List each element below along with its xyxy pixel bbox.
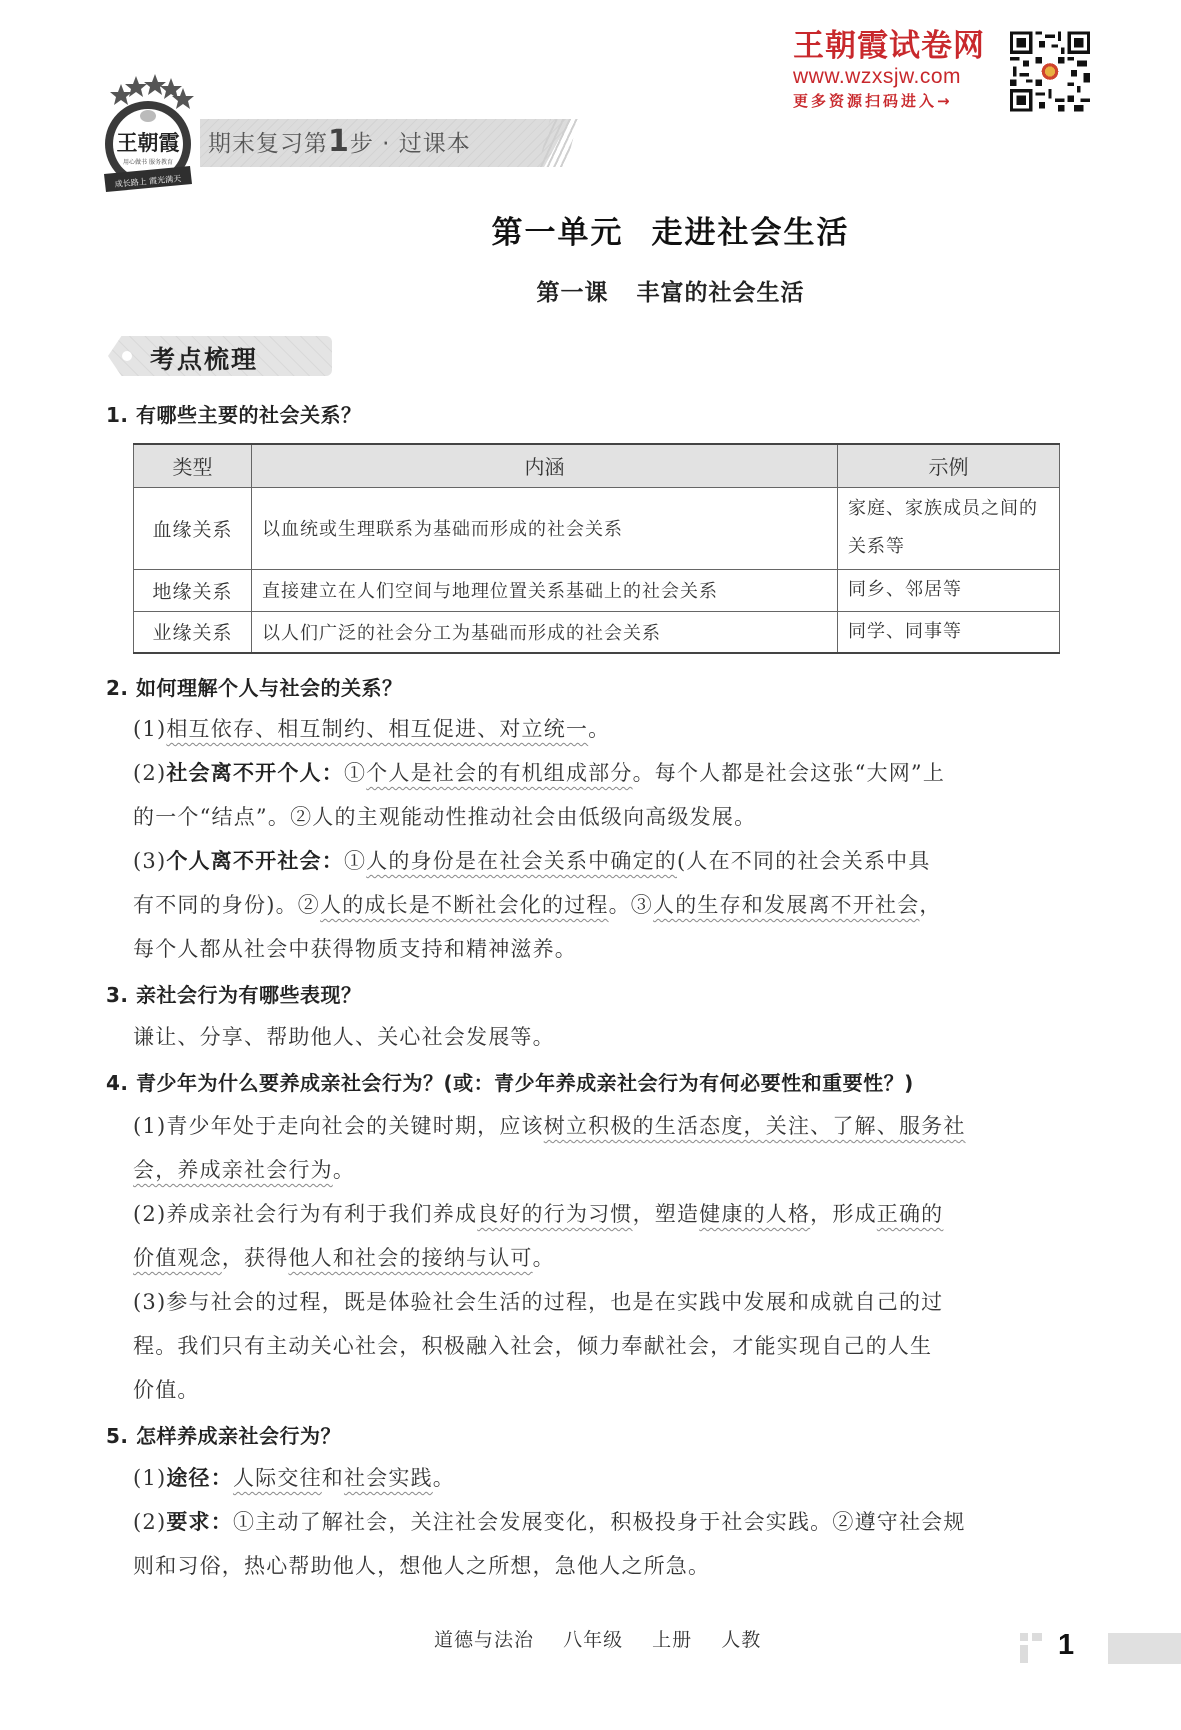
page-deco: [1020, 1633, 1028, 1641]
table-row: 地缘关系 直接建立在人们空间与地理位置关系基础上的社会关系 同乡、邻居等: [134, 569, 1060, 611]
answer-line: (1)相互依存、相互制约、相互促进、对立统一。: [133, 713, 610, 743]
answer-line: 程。我们只有主动关心社会，积极融入社会，倾力奉献社会，才能实现自己的人生: [133, 1330, 932, 1360]
table-header: 示例: [838, 444, 1060, 487]
tag-hole-icon: [122, 351, 132, 361]
page-number: 1: [1058, 1629, 1074, 1662]
table-row: 血缘关系 以血统或生理联系为基础而形成的社会关系 家庭、家族成员之间的关系等: [134, 487, 1060, 569]
svg-text:用心做书 服务教育: 用心做书 服务教育: [123, 158, 173, 166]
footer-edition: 人教: [721, 1629, 761, 1651]
table-cell: 以人们广泛的社会分工为基础而形成的社会关系: [252, 611, 838, 653]
page-bar: [1108, 1633, 1181, 1664]
table-header-row: 类型 内涵 示例: [134, 444, 1060, 487]
table-cell: 同学、同事等: [838, 611, 1060, 653]
question-4: 4. 青少年为什么要养成亲社会行为？(或：青少年养成亲社会行为有何必要性和重要性…: [106, 1067, 914, 1096]
page-deco: [1020, 1645, 1028, 1663]
answer-line: 谦让、分享、帮助他人、关心社会发展等。: [133, 1021, 555, 1051]
answer-line: (2)社会离不开个人：①个人是社会的有机组成部分。每个人都是社会这张“大网”上: [133, 757, 945, 787]
answer-line: (3)参与社会的过程，既是体验社会生活的过程，也是在实践中发展和成就自己的过: [133, 1286, 943, 1316]
brand-scan-text: 更多资源扫码进入→: [793, 90, 1003, 112]
answer-line: 价值观念，获得他人和社会的接纳与认可。: [133, 1242, 555, 1272]
question-2: 2. 如何理解个人与社会的关系？: [106, 672, 402, 701]
footer-book-info: 道德与法治 八年级 上册 人教: [434, 1625, 783, 1652]
answer-line: 会，养成亲社会行为。: [133, 1154, 355, 1184]
publisher-logo: 王朝霞 用心做书 服务教育 成长路上 霞光满天: [100, 74, 194, 204]
footer-subject: 道德与法治: [434, 1629, 534, 1651]
question-1: 1. 有哪些主要的社会关系？: [106, 399, 361, 428]
answer-line: (2)养成亲社会行为有利于我们养成良好的行为习惯，塑造健康的人格，形成正确的: [133, 1198, 943, 1228]
answer-line: (1)青少年处于走向社会的关键时期，应该树立积极的生活态度，关注、了解、服务社: [133, 1110, 966, 1140]
table-header: 类型: [134, 444, 252, 487]
answer-line: 的一个“结点”。②人的主观能动性推动社会由低级向高级发展。: [133, 801, 756, 831]
footer-grade: 八年级: [563, 1629, 623, 1651]
svg-text:王朝霞: 王朝霞: [117, 130, 180, 155]
table-cell: 地缘关系: [134, 569, 252, 611]
answer-line: 有不同的身份)。②人的成长是不断社会化的过程。③人的生存和发展离不开社会，: [133, 889, 942, 919]
table-header: 内涵: [252, 444, 838, 487]
table-cell: 同乡、邻居等: [838, 569, 1060, 611]
brand-url[interactable]: www.wzxsjw.com: [793, 64, 1003, 90]
footer-volume: 上册: [652, 1629, 692, 1651]
brand-name: 王朝霞试卷网: [793, 28, 1003, 64]
answer-line: 价值。: [133, 1374, 200, 1404]
table-row: 业缘关系 以人们广泛的社会分工为基础而形成的社会关系 同学、同事等: [134, 611, 1060, 653]
answer-line: 则和习俗，热心帮助他人，想他人之所想，急他人之所急。: [133, 1550, 710, 1580]
brand-block: 王朝霞试卷网 www.wzxsjw.com 更多资源扫码进入→: [793, 28, 1003, 112]
answer-line: (3)个人离不开社会：①人的身份是在社会关系中确定的(人在不同的社会关系中具: [133, 845, 931, 875]
answer-line: 每个人都从社会中获得物质支持和精神滋养。: [133, 933, 577, 963]
table-cell: 业缘关系: [134, 611, 252, 653]
table-cell: 直接建立在人们空间与地理位置关系基础上的社会关系: [252, 569, 838, 611]
section-tag-label: 考点梳理: [150, 340, 258, 376]
table-cell: 以血统或生理联系为基础而形成的社会关系: [252, 487, 838, 569]
question-3: 3. 亲社会行为有哪些表现？: [106, 979, 361, 1008]
table-cell: 家庭、家族成员之间的关系等: [838, 487, 1060, 569]
answer-line: (1)途径：人际交往和社会实践。: [133, 1462, 455, 1492]
lesson-title: 第一课丰富的社会生活: [0, 274, 1181, 307]
table-cell: 血缘关系: [134, 487, 252, 569]
page-deco: [1032, 1633, 1042, 1641]
qr-code-icon[interactable]: [1010, 30, 1090, 113]
step-banner-text: 期末复习第1步 · 过课本: [208, 124, 471, 159]
question-5: 5. 怎样养成亲社会行为？: [106, 1420, 341, 1449]
unit-title: 第一单元走进社会生活: [0, 207, 1181, 252]
answer-line: (2)要求：①主动了解社会，关注社会发展变化，积极投身于社会实践。②遵守社会规: [133, 1506, 966, 1536]
social-relations-table: 类型 内涵 示例 血缘关系 以血统或生理联系为基础而形成的社会关系 家庭、家族成…: [133, 443, 1060, 654]
